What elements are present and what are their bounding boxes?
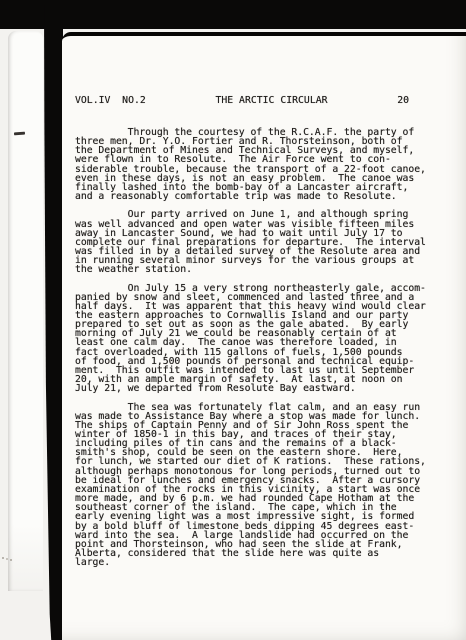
paragraph: Through the courtesy of the R.C.A.F. the… <box>75 128 466 201</box>
paragraph: Our party arrived on June 1, and althoug… <box>75 210 466 274</box>
paragraph: The sea was fortunately flat calm, and a… <box>75 403 466 568</box>
document-page: VOL.IV NO.2 THE ARCTIC CIRCULAR 20 Throu… <box>62 32 466 640</box>
page-title: THE ARCTIC CIRCULAR <box>215 96 327 106</box>
page-number: 20 <box>397 96 409 106</box>
volume-issue-label: VOL.IV NO.2 <box>75 96 146 106</box>
scanned-document-scene: VOL.IV NO.2 THE ARCTIC CIRCULAR 20 Throu… <box>0 0 466 640</box>
page-header: VOL.IV NO.2 THE ARCTIC CIRCULAR 20 <box>62 96 466 106</box>
binding-gutter-shadow <box>44 0 63 640</box>
scan-black-edge-top <box>0 0 466 29</box>
adjacent-page-edge <box>8 31 43 591</box>
page-body: Through the courtesy of the R.C.A.F. the… <box>62 106 466 567</box>
scan-artifact-specks <box>2 557 4 559</box>
paragraph: On July 15 a very strong northeasterly g… <box>75 284 466 394</box>
